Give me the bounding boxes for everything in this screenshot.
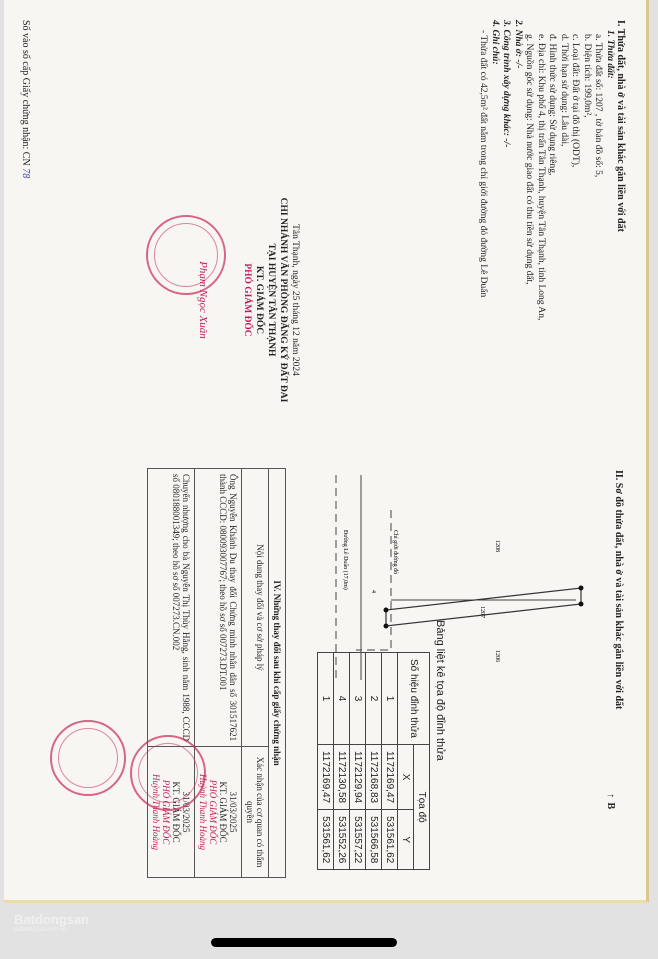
watermark-sub: batdongsan.com.vn: [14, 927, 89, 933]
coord-row: 41172130,58531552,26: [334, 653, 350, 870]
section-1-title: I. Thửa đất, nhà ở và tài sản khác gắn l…: [615, 20, 626, 320]
coord-y: 531557,22: [350, 810, 366, 870]
coord-table-title: Bảng liệt kê tọa độ đỉnh thửa: [434, 620, 446, 761]
note-title: 4. Ghi chú:: [489, 20, 501, 320]
diagram-neighbor-bottom: 1206: [494, 650, 500, 662]
rotated-document: I. Thửa đất, nhà ở và tài sản khác gắn l…: [4, 0, 646, 900]
north-arrow-icon: → B: [605, 790, 616, 809]
changes-table: IV. Những thay đổi sau khi cấp giấy chứn…: [147, 468, 286, 878]
coord-y: 531561,62: [382, 810, 398, 870]
col-y: Y: [398, 810, 414, 870]
coord-point: 1: [318, 653, 334, 745]
coord-point: 3: [350, 653, 366, 745]
house-line: 2. Nhà ở: -/-: [512, 20, 524, 320]
register-number-value: 78: [20, 168, 31, 178]
coord-x: 1172169,47: [318, 744, 334, 809]
land-info-line: d. Thời hạn sử dụng: Lâu dài,: [558, 34, 570, 320]
official-stamp-2: [130, 735, 206, 811]
diagram-red-line-label: Chỉ giới đường đỏ: [392, 530, 398, 574]
change-content: Ông Nguyễn Khánh Du thay đổi Chứng minh …: [195, 469, 242, 747]
confirm-role: KT. GIÁM ĐỐC: [218, 752, 228, 872]
home-indicator[interactable]: [211, 938, 397, 947]
coord-row: 21172168,83531566,58: [366, 653, 382, 870]
coord-x: 1172168,83: [366, 744, 382, 809]
land-info-line: c. Loại đất: Đất ở tại đô thị (ODT),: [569, 34, 581, 320]
signer-name: Phạm Ngọc Xuân: [197, 150, 209, 450]
land-info-lines: a. Thửa đất số: 1207 , tờ bản đồ số: 5,b…: [523, 34, 604, 320]
coord-y: 531561,62: [318, 810, 334, 870]
watermark: Batdongsan batdongsan.com.vn: [14, 912, 89, 933]
coord-row: 11172169,47531561,62: [382, 653, 398, 870]
diagram-neighbor-top: 1208: [494, 540, 500, 552]
certificate-photo: I. Thửa đất, nhà ở và tài sản khác gắn l…: [4, 0, 649, 903]
diagram-parcel-label: 1207: [479, 606, 485, 618]
confirm-date: 31/03/2025: [228, 752, 238, 872]
coord-x: 1172169,47: [382, 744, 398, 809]
bottom-bar: [0, 903, 658, 959]
signature-block-1: Tân Thạnh, ngày 25 tháng 12 năm 2024 CHI…: [197, 150, 301, 450]
coord-x: 1172130,58: [334, 744, 350, 809]
other-construction-line: 3. Công trình xây dựng khác: -/-: [500, 20, 512, 320]
official-stamp: [146, 215, 226, 295]
role: PHÓ GIÁM ĐỐC: [241, 150, 253, 450]
section-1-subtitle: 1. Thửa đất:: [604, 30, 616, 320]
land-info-line: g. Nguồn gốc sử dụng: Nhà nước giao đất …: [523, 34, 535, 320]
col-x: X: [398, 744, 414, 809]
coord-point: 4: [334, 653, 350, 745]
confirm-stamp-role: PHÓ GIÁM ĐỐC: [208, 752, 218, 872]
org-line-1: CHI NHÁNH VĂN PHÒNG ĐĂNG KÝ ĐẤT ĐAI: [277, 150, 289, 450]
land-info-line: a. Thửa đất số: 1207 , tờ bản đồ số: 5,: [592, 34, 604, 320]
section-2-title: II. Sơ đồ thửa đất, nhà ở và tài sản khá…: [613, 470, 624, 709]
coord-point: 2: [366, 653, 382, 745]
change-content: Chuyển nhượng cho bà Nguyễn Thị Thùy Hằn…: [148, 469, 195, 747]
role-prefix: KT. GIÁM ĐỐC: [253, 150, 265, 450]
watermark-brand: Batdongsan: [14, 912, 89, 927]
note-text: - Thửa đất có 42,5m² đất nằm trong chỉ g…: [477, 30, 489, 320]
land-info-line: đ. Hình thức sử dụng: Sử dụng riêng,: [546, 34, 558, 320]
coord-row: 11172169,47531561,62: [318, 653, 334, 870]
land-info-line: e. Địa chỉ: Khu phố 4, thị trấn Tân Thạn…: [535, 34, 547, 320]
section-land-info: I. Thửa đất, nhà ở và tài sản khác gắn l…: [477, 20, 626, 320]
register-number: Số vào sổ cấp Giấy chứng nhận: CN 78: [20, 20, 32, 178]
diagram-area-red: 4: [370, 590, 376, 593]
col-coord: Tọa độ: [414, 744, 430, 869]
col-point: Số hiệu đỉnh thửa: [398, 653, 430, 745]
change-row: Chuyển nhượng cho bà Nguyễn Thị Thùy Hằn…: [148, 469, 195, 878]
section-4-title: IV. Những thay đổi sau khi cấp giấy chứn…: [269, 469, 286, 878]
north-label: B: [605, 803, 616, 810]
coord-table: Số hiệu đỉnh thửa Tọa độ X Y 11172169,47…: [317, 652, 430, 870]
place-date: Tân Thạnh, ngày 25 tháng 12 năm 2024: [289, 150, 301, 450]
land-info-line: b. Diện tích: 199,0m²,: [581, 34, 593, 320]
org-line-2: TẠI HUYỆN TÂN THẠNH: [265, 150, 277, 450]
coord-y: 531552,26: [334, 810, 350, 870]
coord-x: 1172129,94: [350, 744, 366, 809]
change-row: Ông Nguyễn Khánh Du thay đổi Chứng minh …: [195, 469, 242, 878]
col-confirm: Xác nhận của cơ quan có thẩm quyền: [242, 747, 269, 878]
col-content: Nội dung thay đổi và cơ sở pháp lý: [242, 469, 269, 747]
coord-y: 531566,58: [366, 810, 382, 870]
diagram-road-label: Đường Lê Duẩn (17,0m): [342, 530, 349, 590]
register-number-label: Số vào sổ cấp Giấy chứng nhận: CN: [20, 20, 31, 166]
coord-point: 1: [382, 653, 398, 745]
coord-row: 31172129,94531557,22: [350, 653, 366, 870]
official-stamp-3: [50, 720, 126, 796]
